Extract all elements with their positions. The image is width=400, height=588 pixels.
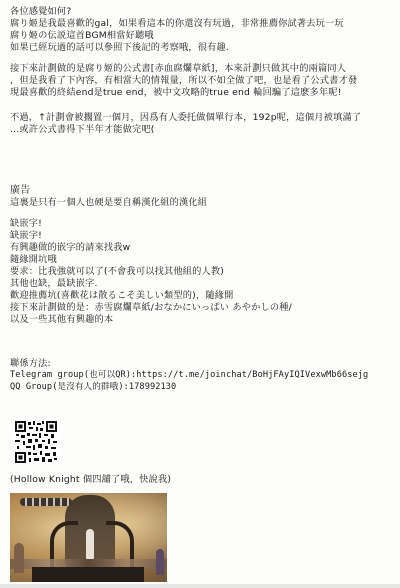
recruit-line: 有興趣做的嵌字的請來找我w <box>10 242 130 253</box>
qr-code-icon <box>14 420 58 464</box>
ad-subtitle: 這裏是只有一個人也硬是要自稱漢化組的漢化組 <box>10 197 207 208</box>
knight-figure <box>86 529 94 559</box>
delay-line: 不過，↑計劃會被擱置一個月，因爲有人委托做個單行本，192p呢，這個月被填滿了 <box>10 112 361 123</box>
plan-line: 接下來計劃做的是腐り姬的公式書[赤血腐爛草紙]，本來計劃只做其中的兩篇同人 <box>10 63 346 74</box>
recruit-line: 其他也缺，最缺嵌字. <box>10 278 98 289</box>
intro-line: 各位感覺如何? <box>10 6 71 17</box>
ad-title: 廣告 <box>10 185 30 196</box>
intro-line: 腐り姬是我最喜歡的gal，如果看這本的你還沒有玩過，非常推薦你試著去玩一玩 <box>10 18 344 29</box>
recruit-line: 要求：比我強就可以了(不會我可以找其他組的人教) <box>10 266 224 277</box>
scanlation-afterword-page: 各位感覺如何? 腐り姬是我最喜歡的gal，如果看這本的你還沒有玩過，非常推薦你試… <box>0 0 400 588</box>
contact-title: 聯係方法: <box>10 358 51 369</box>
pillar-right <box>156 549 164 575</box>
delay-line: ...或許公式書得下半年才能做完吧( <box>10 124 155 135</box>
page-bottom-edge <box>0 584 400 588</box>
plan-line: 現最喜歡的終結end是true end，被中文攻略的true end 輪回騙了這… <box>10 87 342 98</box>
recruit-line: 以及一些其他有興趣的本 <box>10 314 113 325</box>
qr-code[interactable] <box>14 420 58 464</box>
recruit-line: 缺嵌字! <box>10 218 42 229</box>
recruit-line: 歡迎推薦坑(喜歡花は散るこそ美しい類型的)，隨緣開 <box>10 290 233 301</box>
plan-line: ，但是我看了下內容，有相當大的情報量，所以不如全做了吧，也是看了公式書才發 <box>10 75 357 86</box>
qq-group: QQ Group(是沒有人的群哦):178992130 <box>10 382 176 393</box>
health-hud <box>20 498 72 506</box>
recruit-line: 接下來計劃做的是：赤雪腐爛草紙/おなかにいっぱい あやかしの種/ <box>10 302 292 313</box>
telegram-link[interactable]: Telegram group(也可以QR):https://t.me/joinc… <box>10 370 368 381</box>
recruit-line: 隨緣開坑哦 <box>10 254 57 265</box>
floor-platform <box>32 567 144 582</box>
intro-line: 腐り姬の伝説這首BGM相當好聽哦 <box>10 30 154 41</box>
pillar-left <box>14 543 24 573</box>
hollow-knight-screenshot <box>10 493 167 582</box>
qr-caption: (Hollow Knight 個四舖了哦，快說我) <box>10 474 171 485</box>
recruit-line: 缺嵌字! <box>10 230 42 241</box>
intro-line: 如果已經玩過的話可以參照下後記的考察哦，很有趣. <box>10 42 229 53</box>
